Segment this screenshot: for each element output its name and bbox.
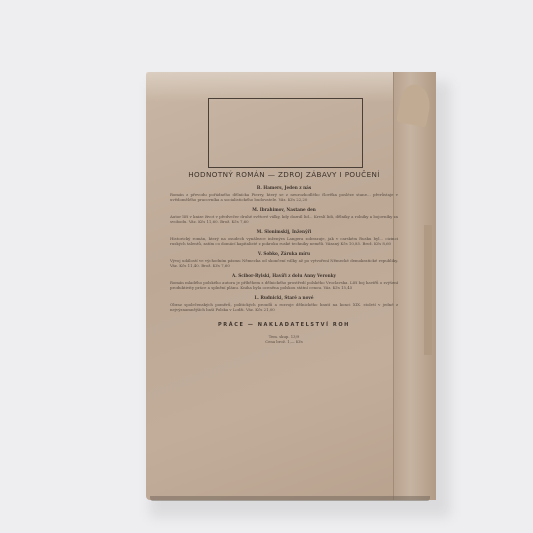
book-title: A. Scibor-Rylski, Havíři z dolu Anny Ver… xyxy=(166,273,402,278)
book-description: Román z převodu pořádného dělnícka Pierr… xyxy=(170,192,398,202)
book-title: M. Slonimskij, Inženýři xyxy=(166,229,402,234)
blank-label-frame xyxy=(208,98,363,168)
book-title: B. Hamers, Jeden z nás xyxy=(166,185,402,190)
book-description: Vývoj událostí ve východním pásmu Německ… xyxy=(170,258,398,268)
cover-headline: HODNOTNÝ ROMÁN — ZDROJ ZÁBAVY I POUČENÍ xyxy=(166,170,402,179)
cover-text: HODNOTNÝ ROMÁN — ZDROJ ZÁBAVY I POUČENÍ … xyxy=(166,168,402,344)
publisher-name: PRÁCE — NAKLADATELSTVÍ ROH xyxy=(166,322,402,328)
book-title: V. Sobko, Záruka míru xyxy=(166,251,402,256)
cover-bottom-edge xyxy=(150,496,430,501)
book-description: Autor líčí v knize život v předvečer dru… xyxy=(170,214,398,224)
book-description: Obraz společenských poměrů, politických … xyxy=(170,302,398,312)
book-description: Historický román, který na osudech vynál… xyxy=(170,236,398,246)
spine-tear-strip xyxy=(424,225,432,355)
book-title: M. Ibrahimov, Nastane den xyxy=(166,207,402,212)
book-title: L. Rudnicki, Staré a nové xyxy=(166,295,402,300)
book-description: Román mladého polského autora je příběhe… xyxy=(170,280,398,290)
imprint-line: Cena brož. 1,— Kčs xyxy=(166,339,402,344)
